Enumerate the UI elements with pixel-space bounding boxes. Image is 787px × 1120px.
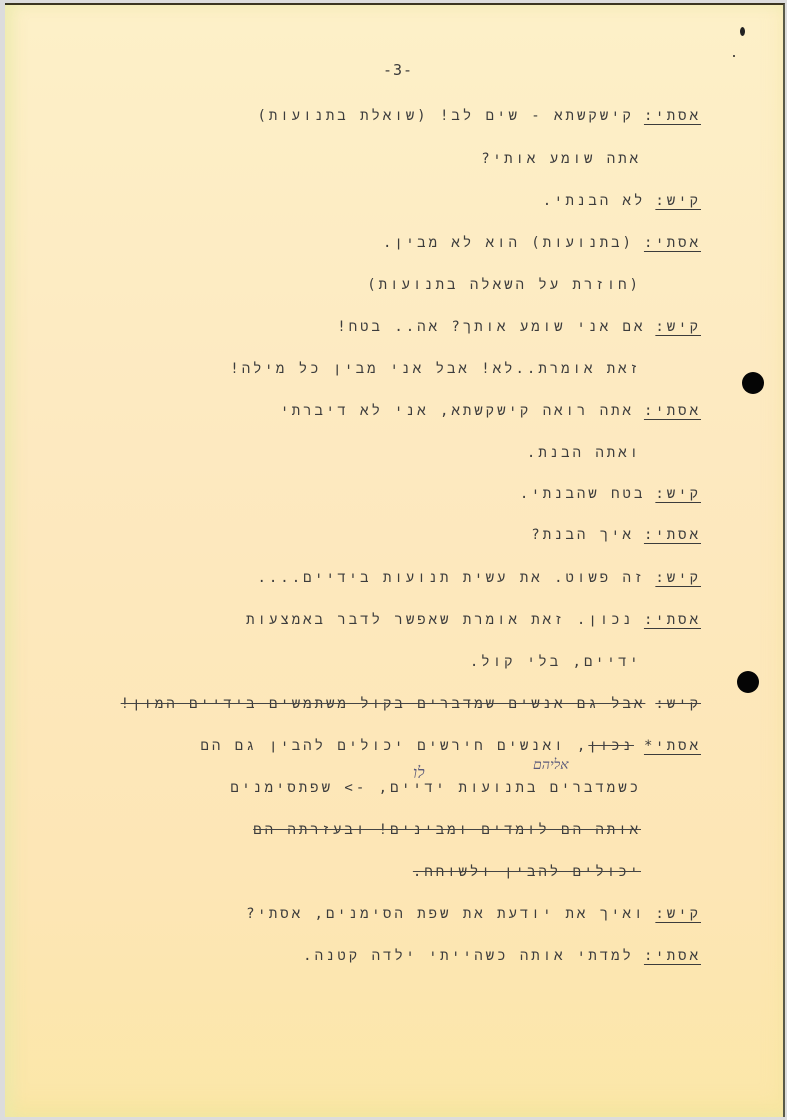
struck-word: נכון — [588, 738, 634, 754]
script-line: אסתי:אתה רואה קישקשתא, אני לא דיברתי — [280, 403, 701, 420]
line-text: אתה שומע אותי? — [481, 151, 641, 167]
script-line: קיש:ואיך את יודעת את שפת הסימנים, אסתי? — [246, 906, 701, 923]
punch-hole — [742, 372, 764, 394]
script-line: זאת אומרת..לא! אבל אני מבין כל מילה! — [230, 361, 641, 378]
line-text: יכולים להבין ולשוחח. — [413, 864, 641, 880]
line-text: אבל גם אנשים שמדברים בקול משתמשים בידיים… — [121, 696, 646, 712]
punch-hole — [737, 671, 759, 693]
speaker-label: קיש: — [655, 570, 701, 586]
speaker-label: אסתי: — [644, 235, 701, 251]
speaker-label: קיש: — [655, 486, 701, 502]
script-line-struck: אותה הם לומדים ומבינים! ובעזרתה הם — [253, 822, 641, 839]
script-line: אסתי:איך הבנת? — [531, 527, 701, 544]
speaker-label: קיש: — [655, 906, 701, 922]
script-line: קיש:בטח שהבנתי. — [520, 486, 701, 503]
speaker-label: אסתי: — [644, 527, 701, 543]
line-text: זה פשוט. את עשית תנועות בידיים.... — [257, 570, 645, 586]
speaker-label: קיש: — [655, 696, 701, 712]
speaker-label: קיש: — [655, 193, 701, 209]
speaker-label: אסתי: — [644, 403, 701, 419]
script-line: אתה שומע אותי? — [481, 151, 641, 168]
page-number: -3- — [383, 61, 413, 79]
line-text: אותה הם לומדים ומבינים! ובעזרתה הם — [253, 822, 641, 838]
script-line-struck: יכולים להבין ולשוחח. — [413, 864, 641, 881]
ink-speck — [733, 55, 735, 57]
script-line: ידיים, בלי קול. — [470, 654, 641, 671]
script-line: אסתי:(בתנועות) הוא לא מבין. — [383, 235, 701, 252]
script-line: קיש:לא הבנתי. — [543, 193, 701, 210]
speaker-label: קיש: — [655, 319, 701, 335]
line-text: למדתי אותה כשהייתי ילדה קטנה. — [303, 948, 634, 964]
line-text: לא הבנתי. — [543, 193, 646, 209]
line-text: נכון. זאת אומרת שאפשר לדבר באמצעות — [246, 612, 634, 628]
line-text: איך הבנת? — [531, 527, 634, 543]
handwritten-insertion: אליהם — [533, 757, 569, 774]
script-line: אסתי:נכון. זאת אומרת שאפשר לדבר באמצעות — [246, 612, 701, 629]
line-text: אם אני שומע אותך? אה.. בטח! — [337, 319, 645, 335]
line-text: ואתה הבנת. — [527, 445, 641, 461]
speaker-label: אסתי: — [644, 948, 701, 964]
script-line: קיש:זה פשוט. את עשית תנועות בידיים.... — [257, 570, 701, 587]
line-text: , ואנשים חירשים יכולים להבין גם הם — [201, 738, 589, 754]
script-line: אסתי:למדתי אותה כשהייתי ילדה קטנה. — [303, 948, 701, 965]
line-text: קישקשתא - שים לב! (שואלת בתנועות) — [257, 108, 634, 124]
speaker-label: אסתי: — [644, 612, 701, 628]
script-line: ואתה הבנת. — [527, 445, 641, 462]
line-text: (בתנועות) הוא לא מבין. — [383, 235, 634, 251]
script-line: אסתי*נכון, ואנשים חירשים יכולים להבין גם… — [201, 738, 702, 755]
script-line: כשמדברים בתנועות ידיים, -> שפתסימנים — [230, 780, 641, 797]
line-text: זאת אומרת..לא! אבל אני מבין כל מילה! — [230, 361, 641, 377]
speaker-label: אסתי* — [644, 738, 701, 754]
script-line-struck: קיש:אבל גם אנשים שמדברים בקול משתמשים בי… — [121, 696, 701, 713]
line-text: כשמדברים בתנועות ידיים, -> שפתסימנים — [230, 780, 641, 796]
line-text: ידיים, בלי קול. — [470, 654, 641, 670]
line-text: ואיך את יודעת את שפת הסימנים, אסתי? — [246, 906, 645, 922]
script-line: אסתי:קישקשתא - שים לב! (שואלת בתנועות) — [257, 108, 701, 125]
line-text: אתה רואה קישקשתא, אני לא דיברתי — [280, 403, 634, 419]
ink-speck — [740, 27, 745, 36]
script-line: קיש:אם אני שומע אותך? אה.. בטח! — [337, 319, 701, 336]
speaker-label: אסתי: — [644, 108, 701, 124]
line-text: בטח שהבנתי. — [520, 486, 645, 502]
document-page: -3- אסתי:קישקשתא - שים לב! (שואלת בתנועו… — [5, 3, 785, 1117]
script-line: (חוזרת על השאלה בתנועות) — [367, 277, 641, 294]
line-text: (חוזרת על השאלה בתנועות) — [367, 277, 641, 293]
